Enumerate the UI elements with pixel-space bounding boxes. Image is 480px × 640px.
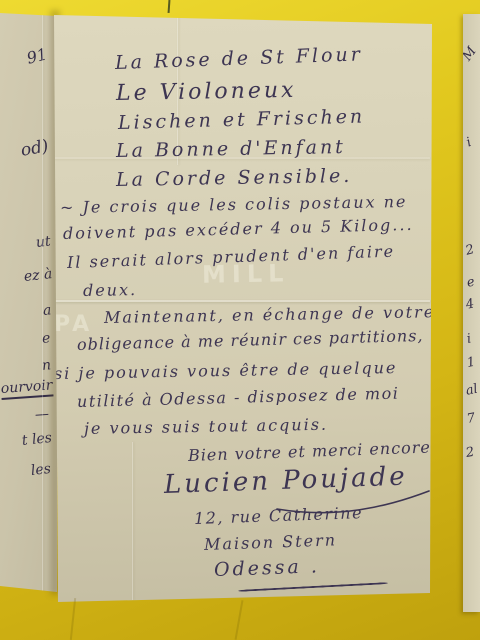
- letter-line: obligeance à me réunir ces partitions,: [77, 326, 424, 354]
- address-line: Maison Stern: [204, 530, 338, 554]
- right-page-text-fragment: 7: [466, 411, 477, 427]
- right-page-text-fragment: i: [464, 135, 473, 151]
- left-page-crease: [42, 13, 43, 592]
- stem-mark: [168, 0, 171, 13]
- background-crease: [70, 598, 76, 640]
- letter-line: je vous suis tout acquis.: [84, 415, 328, 438]
- closing-line: Bien votre et merci encore: [188, 438, 431, 465]
- right-page-text-fragment: 2: [464, 242, 476, 259]
- right-page-text-fragment: 2: [465, 445, 476, 461]
- right-page-text-fragment: 4: [464, 296, 475, 312]
- fold-crease-horizontal: [54, 300, 430, 302]
- letter-line: deux.: [83, 280, 137, 300]
- left-page: 91 od) ut ez à a e n ourvoir — t les les: [0, 13, 57, 592]
- right-page-text-fragment: M: [463, 44, 480, 64]
- letter-line: doivent pas excéder 4 ou 5 Kilog...: [63, 215, 414, 243]
- letter-line: La Bonne d'Enfant: [116, 136, 346, 162]
- letter-line: utilité à Odessa - disposez de moi: [77, 384, 400, 411]
- left-page-text-fragment: od): [20, 136, 51, 161]
- left-page-text-fragment: 91: [24, 44, 48, 67]
- right-page-sliver: M i 2 e 4 i 1 al 7 2: [463, 14, 480, 612]
- photo-background: 91 od) ut ez à a e n ourvoir — t les les…: [0, 0, 480, 640]
- letter-line: Maintenant, en échange de votre: [104, 302, 436, 327]
- letter-line: ~ Je crois que les colis postaux ne: [60, 192, 408, 217]
- left-page-text-fragment: ourvoir: [1, 377, 54, 400]
- odessa-underline: [238, 582, 388, 592]
- right-page-text-fragment: e: [465, 275, 476, 291]
- fold-crease-vertical: [132, 442, 133, 600]
- letter-line: si je pouvais vous être de quelque: [54, 358, 398, 383]
- left-page-text-fragment: t les: [21, 430, 53, 449]
- background-crease: [235, 600, 244, 640]
- right-page-text-fragment: al: [464, 382, 479, 399]
- letter-page: MILL PA La Rose de St Flour Le Violoneux…: [52, 12, 434, 604]
- right-page-text-fragment: 1: [466, 355, 477, 371]
- letter-line: Le Violoneux: [116, 78, 297, 106]
- paper-watermark: PA: [54, 312, 93, 337]
- letter-line: Lischen et Frischen: [118, 106, 366, 134]
- right-page-text-fragment: i: [466, 331, 473, 346]
- address-line: 12, rue Catherine: [194, 503, 364, 528]
- letter-line: La Corde Sensible.: [116, 165, 353, 191]
- left-page-text-fragment: les: [30, 461, 52, 479]
- left-page-text-fragment: ez à: [23, 266, 53, 285]
- letter-line: La Rose de St Flour: [115, 43, 364, 74]
- address-line: Odessa .: [214, 555, 321, 581]
